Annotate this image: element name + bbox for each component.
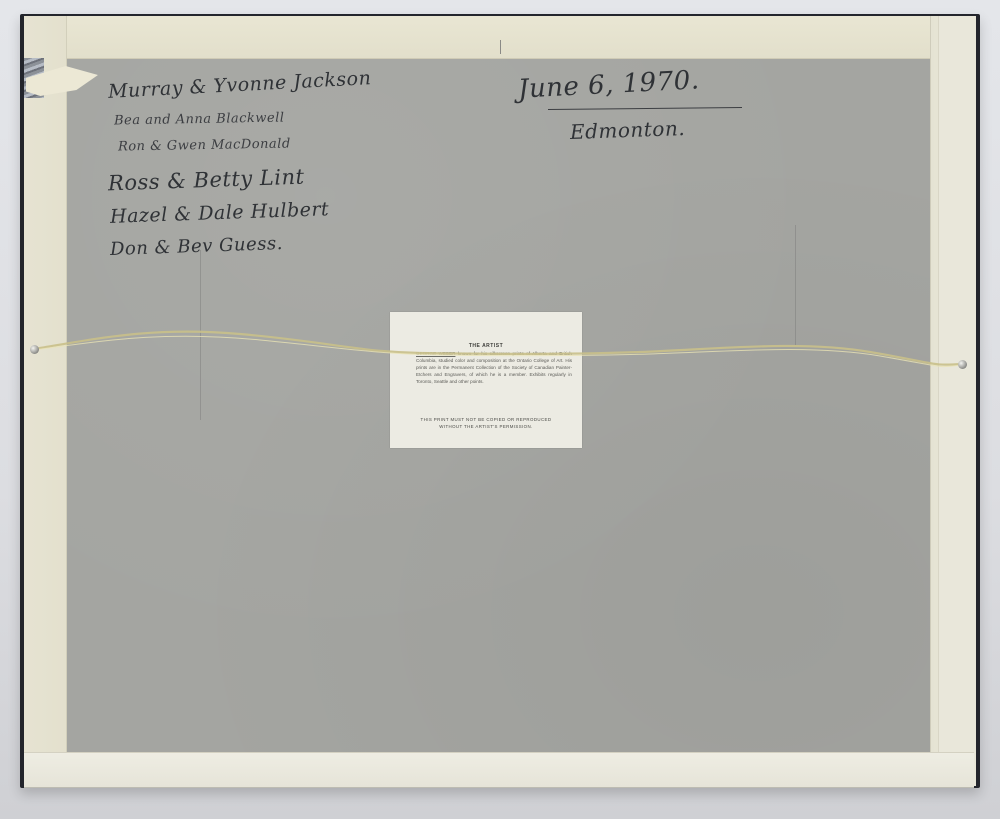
tape-strip-bottom xyxy=(24,752,974,788)
wire-screw-left xyxy=(30,345,39,354)
card-body: GEORGE WEBER known for his silkscreen pr… xyxy=(416,350,572,385)
handwritten-name: Ron & Gwen MacDonald xyxy=(118,136,291,154)
artist-label-card: THE ARTIST GEORGE WEBER known for his si… xyxy=(390,312,582,448)
tape-strip-right-outer xyxy=(938,16,975,784)
copyright-notice: THIS PRINT MUST NOT BE COPIED OR REPRODU… xyxy=(410,416,562,430)
wire-screw-right xyxy=(958,360,967,369)
notice-line-2: WITHOUT THE ARTIST'S PERMISSION. xyxy=(410,423,562,430)
pencil-mark xyxy=(795,225,796,345)
artist-name: GEORGE WEBER xyxy=(416,351,455,356)
pencil-mark xyxy=(200,250,201,420)
pencil-mark xyxy=(500,40,501,54)
tape-strip-top xyxy=(24,16,940,59)
handwritten-name: Bea and Anna Blackwell xyxy=(114,111,285,129)
notice-line-1: THIS PRINT MUST NOT BE COPIED OR REPRODU… xyxy=(410,416,562,423)
card-title: THE ARTIST xyxy=(390,343,582,349)
tape-strip-left xyxy=(24,16,67,786)
handwritten-place: Edmonton. xyxy=(570,116,686,144)
